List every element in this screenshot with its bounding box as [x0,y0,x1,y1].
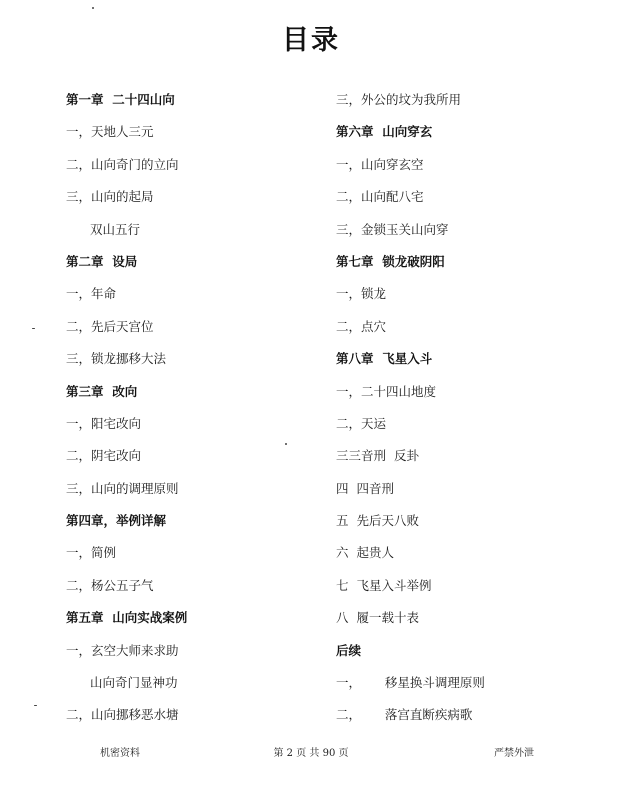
toc-entry-chapter: 第五章 山向实战案例 [66,608,336,640]
toc-entry-section: 七 飞星入斗举例 [336,576,606,608]
toc-entry-section: 三三音刑 反卦 [336,446,606,478]
toc-entry-chapter: 后续 [336,641,606,673]
scan-speck [285,443,287,445]
toc-entry-section: 三，金锁玉关山向穿 [336,220,606,252]
toc-entry-section: 二，山向奇门的立向 [66,155,336,187]
toc-entry-section: 一， 移星换斗调理原则 [336,673,606,705]
toc-entry-chapter: 第四章，举例详解 [66,511,336,543]
toc-entry-subsection: 双山五行 [66,220,336,252]
toc-entry-section: 一，年命 [66,284,336,316]
toc-entry-section: 八 履一载十表 [336,608,606,640]
toc-entry-section: 一，天地人三元 [66,122,336,154]
toc-entry-section: 一，山向穿玄空 [336,155,606,187]
toc-entry-section: 二，杨公五子气 [66,576,336,608]
toc-entry-section: 二，先后天宫位 [66,317,336,349]
toc-entry-subsection: 山向奇门显神功 [66,673,336,705]
toc-entry-section: 三，锁龙挪移大法 [66,349,336,381]
toc-entry-chapter: 第七章 锁龙破阴阳 [336,252,606,284]
scan-speck [92,7,94,9]
toc-entry-section: 三，山向的起局 [66,187,336,219]
toc-entry-section: 二，点穴 [336,317,606,349]
toc-left-column: 第一章 二十四山向一，天地人三元二，山向奇门的立向三，山向的起局双山五行第二章 … [66,90,336,738]
toc-entry-section: 一，锁龙 [336,284,606,316]
toc-entry-section: 一，简例 [66,543,336,575]
toc-right-column: 三，外公的坟为我所用第六章 山向穿玄一，山向穿玄空二，山向配八宅三，金锁玉关山向… [336,90,606,738]
toc-entry-section: 一，阳宅改向 [66,414,336,446]
toc-entry-section: 三，山向的调理原则 [66,479,336,511]
scan-speck [32,328,35,329]
toc-entry-section: 二，山向配八宅 [336,187,606,219]
toc-entry-chapter: 第六章 山向穿玄 [336,122,606,154]
toc-entry-chapter: 第一章 二十四山向 [66,90,336,122]
toc-entry-chapter: 第三章 改向 [66,382,336,414]
toc-entry-section: 二，阴宅改向 [66,446,336,478]
toc-entry-section: 三，外公的坟为我所用 [336,90,606,122]
toc-entry-section: 二，天运 [336,414,606,446]
toc-entry-section: 一，玄空大师来求助 [66,641,336,673]
toc-entry-section: 五 先后天八败 [336,511,606,543]
footer-no-leak-label: 严禁外泄 [494,744,534,759]
scan-speck [34,705,37,706]
toc-entry-section: 二， 落宫直断疾病歌 [336,705,606,737]
toc-entry-chapter: 第八章 飞星入斗 [336,349,606,381]
page-title: 目录 [0,18,622,57]
toc-entry-section: 二，山向挪移恶水塘 [66,705,336,737]
toc-entry-section: 四 四音刑 [336,479,606,511]
toc-entry-chapter: 第二章 设局 [66,252,336,284]
toc-entry-section: 六 起贵人 [336,543,606,575]
toc-entry-section: 一，二十四山地度 [336,382,606,414]
